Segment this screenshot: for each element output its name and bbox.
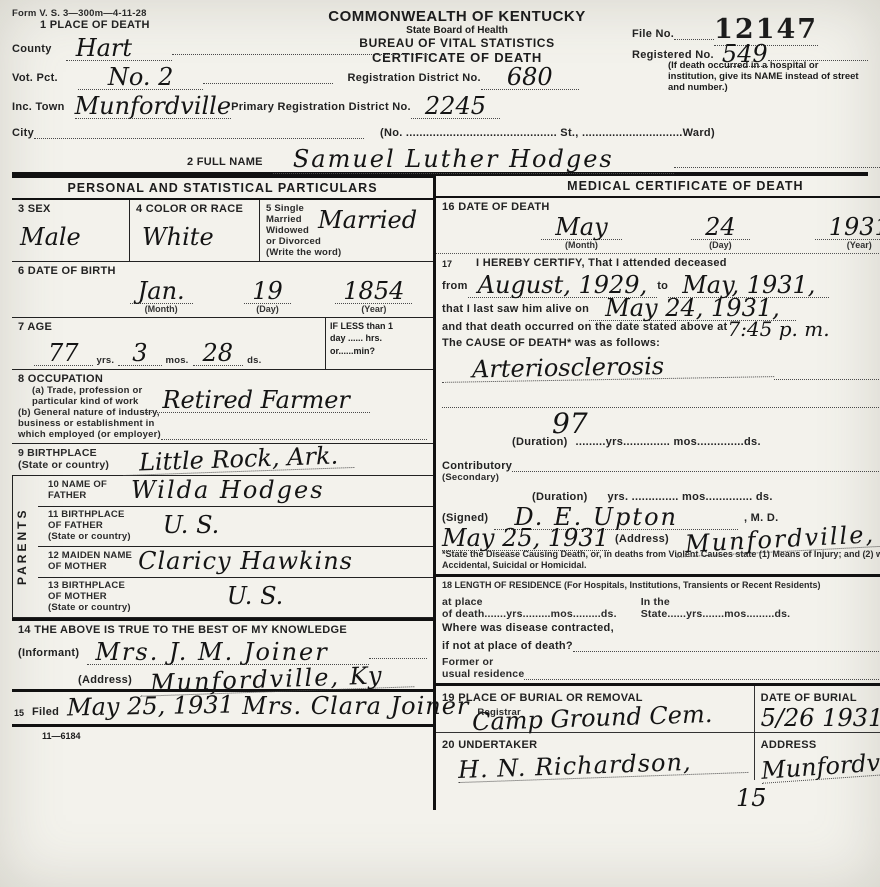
place-of-death-label: 1 PLACE OF DEATH	[12, 19, 312, 31]
dod-day-value: 24	[691, 215, 750, 240]
burial-place-label: 19 PLACE OF BURIAL OR REMOVAL	[442, 692, 643, 704]
undertaker-table: 20 UNDERTAKER H. N. Richardson, ADDRESS …	[436, 732, 880, 780]
father-birthplace-row: 11 BIRTHPLACE OF FATHER (State or countr…	[38, 507, 433, 547]
secondary-label: (Secondary)	[442, 472, 880, 483]
cause-leader	[774, 366, 880, 380]
race-label: 4 COLOR OR RACE	[136, 203, 253, 215]
dob-year-unit: (Year)	[361, 304, 386, 314]
board-subtitle: State Board of Health	[312, 25, 602, 36]
if-less-note: IF LESS than 1 day ...... hrs. or......m…	[325, 318, 433, 369]
mother-birthplace-row: 13 BIRTHPLACE OF MOTHER (State or countr…	[38, 578, 433, 617]
county-leader	[172, 41, 432, 55]
sex-label: 3 SEX	[18, 203, 123, 215]
birthplace-row: 9 BIRTHPLACE (State or country) Little R…	[12, 444, 433, 476]
registration-district-label: Registration District No.	[347, 72, 480, 84]
certify-block: 17 I HEREBY CERTIFY, That I attended dec…	[436, 254, 880, 352]
signed-label: (Signed)	[442, 512, 488, 524]
dob-label: 6 DATE OF BIRTH	[18, 265, 427, 277]
hospital-note: (If death occurred in a hospital or inst…	[668, 61, 868, 94]
signed-date-value: May 25, 1931	[442, 526, 609, 551]
race-cell: 4 COLOR OR RACE White	[130, 200, 260, 261]
mother-maiden-label: 12 MAIDEN NAME OF MOTHER	[48, 550, 132, 572]
stray-handwritten-mark: 15	[436, 786, 880, 810]
parents-rows: 10 NAME OF FATHER Wilda Hodges 11 BIRTHP…	[38, 476, 433, 617]
father-name-row: 10 NAME OF FATHER Wilda Hodges	[38, 476, 433, 507]
informant-block: 14 THE ABOVE IS TRUE TO THE BEST OF MY K…	[12, 618, 433, 689]
duration2-units: yrs. .............. mos.............. ds…	[608, 491, 773, 503]
occupation-a-label: (a) Trade, profession or particular kind…	[18, 385, 142, 407]
date-of-death-row: 16 DATE OF DEATH May(Month) 24(Day) 1931…	[436, 198, 880, 254]
main-columns: PERSONAL AND STATISTICAL PARTICULARS 3 S…	[12, 172, 868, 810]
undertaker-address-value: Munfordville	[760, 747, 880, 784]
occupation-row: 8 OCCUPATION (a) Trade, profession or pa…	[12, 370, 433, 444]
md-label: , M. D.	[744, 512, 779, 524]
filed-row: 15 Filed May 25, 1931 Mrs. Clara Joiner …	[12, 689, 433, 727]
cause-blank-line	[442, 394, 880, 408]
residence-label: 18 LENGTH OF RESIDENCE (For Hospitals, I…	[442, 580, 880, 591]
primary-registration-value: 2245	[411, 94, 500, 119]
burial-place-value: Camp Ground Cem.	[442, 700, 748, 735]
vot-pct-value: No. 2	[78, 65, 204, 90]
informant-leader	[369, 645, 427, 659]
inc-town-label: Inc. Town	[12, 101, 65, 113]
contributory-leader	[512, 458, 880, 472]
father-name-label: 10 NAME OF FATHER	[48, 479, 107, 501]
undertaker-label: 20 UNDERTAKER	[442, 739, 537, 751]
age-days-label: ds.	[247, 355, 261, 366]
city-leader	[34, 125, 364, 139]
birthplace-value: Little Rock, Ark.	[123, 443, 355, 476]
cause-duration-value: 97	[552, 410, 588, 438]
dob-month-value: Jan.	[130, 279, 193, 304]
undertaker-address-label: ADDRESS	[761, 739, 817, 751]
informant-address-label: (Address)	[78, 674, 132, 686]
header-right: File No. 12147 Registered No. 549 (If de…	[602, 8, 868, 94]
age-years-label: yrs.	[97, 355, 115, 366]
dob-year-value: 1854	[335, 279, 412, 304]
dod-month-value: May	[541, 215, 621, 240]
death-time-label: and that death occurred on the date stat…	[442, 321, 727, 333]
file-no-label: File No.	[632, 28, 674, 40]
dob-month-unit: (Month)	[145, 304, 178, 314]
contracted-label2: if not at place of death?	[442, 640, 573, 652]
age-label: 7 AGE	[18, 321, 319, 333]
age-months-value: 3	[118, 341, 161, 366]
dob-day-value: 19	[244, 279, 291, 304]
duration2-label: (Duration)	[532, 491, 588, 503]
contracted-label: Where was disease contracted,	[442, 622, 880, 634]
occupation-b-label: (b) General nature of industry, business…	[18, 407, 161, 440]
duration-units: .........yrs.............. mos..........…	[576, 436, 761, 448]
filed-item-number: 15	[14, 708, 24, 718]
sex-value: Male	[20, 225, 123, 249]
age-row: 7 AGE 77 yrs. 3 mos. 28 ds. IF LESS than…	[12, 318, 433, 370]
occupation-a-value: Retired Farmer	[142, 388, 370, 413]
full-name-value: Samuel Luther Hodges	[273, 147, 674, 174]
duration-label: (Duration)	[442, 436, 568, 448]
dod-year-value: 1931	[815, 215, 880, 240]
mother-birthplace-value: U. S.	[137, 584, 284, 608]
dob-day-unit: (Day)	[256, 304, 279, 314]
date-of-death-label: 16 DATE OF DEATH	[442, 201, 880, 213]
burial-date-value: 5/26 1931	[761, 706, 880, 730]
death-certificate-document: Form V. S. 3—300m—4-11-28 1 PLACE OF DEA…	[0, 0, 880, 887]
informant-value: Mrs. J. M. Joiner	[87, 640, 368, 665]
cause-value: Arteriosclerosis	[442, 352, 775, 383]
file-no-leader	[674, 26, 714, 40]
form-number: Form V. S. 3—300m—4-11-28	[12, 8, 312, 19]
former-residence-leader	[524, 666, 880, 680]
medical-section: MEDICAL CERTIFICATE OF DEATH 16 DATE OF …	[436, 176, 880, 810]
from-label: from	[442, 280, 468, 292]
at-place-label: at place of death.......yrs.........mos.…	[442, 596, 617, 620]
race-value: White	[142, 225, 253, 249]
marital-cell: 5 Single Married Widowed or Divorced (Wr…	[260, 200, 433, 261]
former-residence-label: Former or usual residence	[442, 656, 524, 680]
medical-title: MEDICAL CERTIFICATE OF DEATH	[436, 176, 880, 198]
dod-month-unit: (Month)	[565, 240, 598, 250]
age-months-label: mos.	[166, 355, 189, 366]
marital-value: Married	[318, 208, 417, 232]
registration-district-value: 680	[481, 65, 579, 90]
residence-block: 18 LENGTH OF RESIDENCE (For Hospitals, I…	[436, 574, 880, 682]
mother-birthplace-label: 13 BIRTHPLACE OF MOTHER (State or countr…	[48, 580, 131, 613]
contributory-label: Contributory	[442, 460, 512, 472]
county-label: County	[12, 43, 52, 55]
certify-item-number: 17	[442, 259, 452, 269]
vot-pct-label: Vot. Pct.	[12, 72, 58, 84]
registered-no-leader	[768, 47, 868, 61]
parents-label: PARENTS	[12, 476, 38, 617]
filed-date-value: May 25, 1931	[67, 692, 234, 719]
commonwealth-title: COMMONWEALTH OF KENTUCKY	[312, 8, 602, 25]
city-label: City	[12, 127, 34, 139]
full-name-label: 2 FULL NAME	[187, 156, 263, 168]
certify-text: I HEREBY CERTIFY, That I attended deceas…	[462, 257, 727, 269]
form-code: 11—6184	[12, 727, 433, 741]
occupation-label: 8 OCCUPATION	[18, 373, 427, 385]
full-name-leader	[674, 154, 880, 168]
street-ward-line: (No. ...................................…	[380, 127, 715, 139]
undertaker-value: H. N. Richardson,	[458, 747, 748, 782]
sex-cell: 3 SEX Male	[12, 200, 130, 261]
burial-place-cell: 19 PLACE OF BURIAL OR REMOVAL Camp Groun…	[436, 686, 755, 732]
dod-day-unit: (Day)	[709, 240, 732, 250]
vot-pct-leader	[203, 70, 333, 84]
informant-section-label: 14 THE ABOVE IS TRUE TO THE BEST OF MY K…	[18, 624, 427, 636]
parents-block: PARENTS 10 NAME OF FATHER Wilda Hodges 1…	[12, 476, 433, 618]
burial-table: 19 PLACE OF BURIAL OR REMOVAL Camp Groun…	[436, 683, 880, 732]
father-birthplace-value: U. S.	[137, 513, 220, 537]
dod-year-unit: (Year)	[847, 240, 872, 250]
contracted-leader	[573, 638, 880, 652]
personal-section: PERSONAL AND STATISTICAL PARTICULARS 3 S…	[12, 176, 436, 810]
age-years-value: 77	[34, 341, 93, 366]
birthplace-label: 9 BIRTHPLACE (State or country)	[18, 447, 109, 471]
death-time-value: 7:45 p. m.	[727, 319, 829, 339]
dob-row: 6 DATE OF BIRTH Jan.(Month) 19(Day) 1854…	[12, 262, 433, 318]
undertaker-cell: 20 UNDERTAKER H. N. Richardson,	[436, 733, 755, 780]
age-cell: 7 AGE 77 yrs. 3 mos. 28 ds.	[12, 318, 325, 369]
sex-race-marital-row: 3 SEX Male 4 COLOR OR RACE White 5 Singl…	[12, 200, 433, 262]
age-days-value: 28	[193, 341, 244, 366]
burial-date-label: DATE OF BURIAL	[761, 692, 857, 704]
mother-maiden-row: 12 MAIDEN NAME OF MOTHER Claricy Hawkins	[38, 547, 433, 578]
undertaker-address-cell: ADDRESS Munfordville	[755, 733, 880, 780]
personal-title: PERSONAL AND STATISTICAL PARTICULARS	[12, 176, 433, 200]
to-label: to	[657, 280, 668, 292]
last-seen-label: that I last saw him alive on	[442, 303, 589, 315]
county-value: Hart	[66, 36, 172, 61]
burial-date-cell: DATE OF BURIAL 5/26 1931	[755, 686, 880, 732]
mother-maiden-value: Claricy Hawkins	[138, 549, 353, 573]
primary-registration-label: Primary Registration District No.	[231, 101, 411, 113]
address-label: (Address)	[615, 533, 669, 545]
father-birthplace-label: 11 BIRTHPLACE OF FATHER (State or countr…	[48, 509, 131, 542]
in-state-label: In the State......yrs.......mos.........…	[641, 596, 791, 620]
violent-note: *State the Disease Causing Death, or, in…	[442, 549, 880, 572]
filed-label: Filed	[32, 706, 59, 718]
father-name-value: Wilda Hodges	[113, 478, 325, 502]
occupation-b-leader	[161, 426, 427, 440]
cause-block: Arteriosclerosis 97 (Duration) .........…	[436, 352, 880, 575]
informant-label: (Informant)	[18, 647, 79, 659]
inc-town-value: Munfordville	[75, 94, 231, 119]
